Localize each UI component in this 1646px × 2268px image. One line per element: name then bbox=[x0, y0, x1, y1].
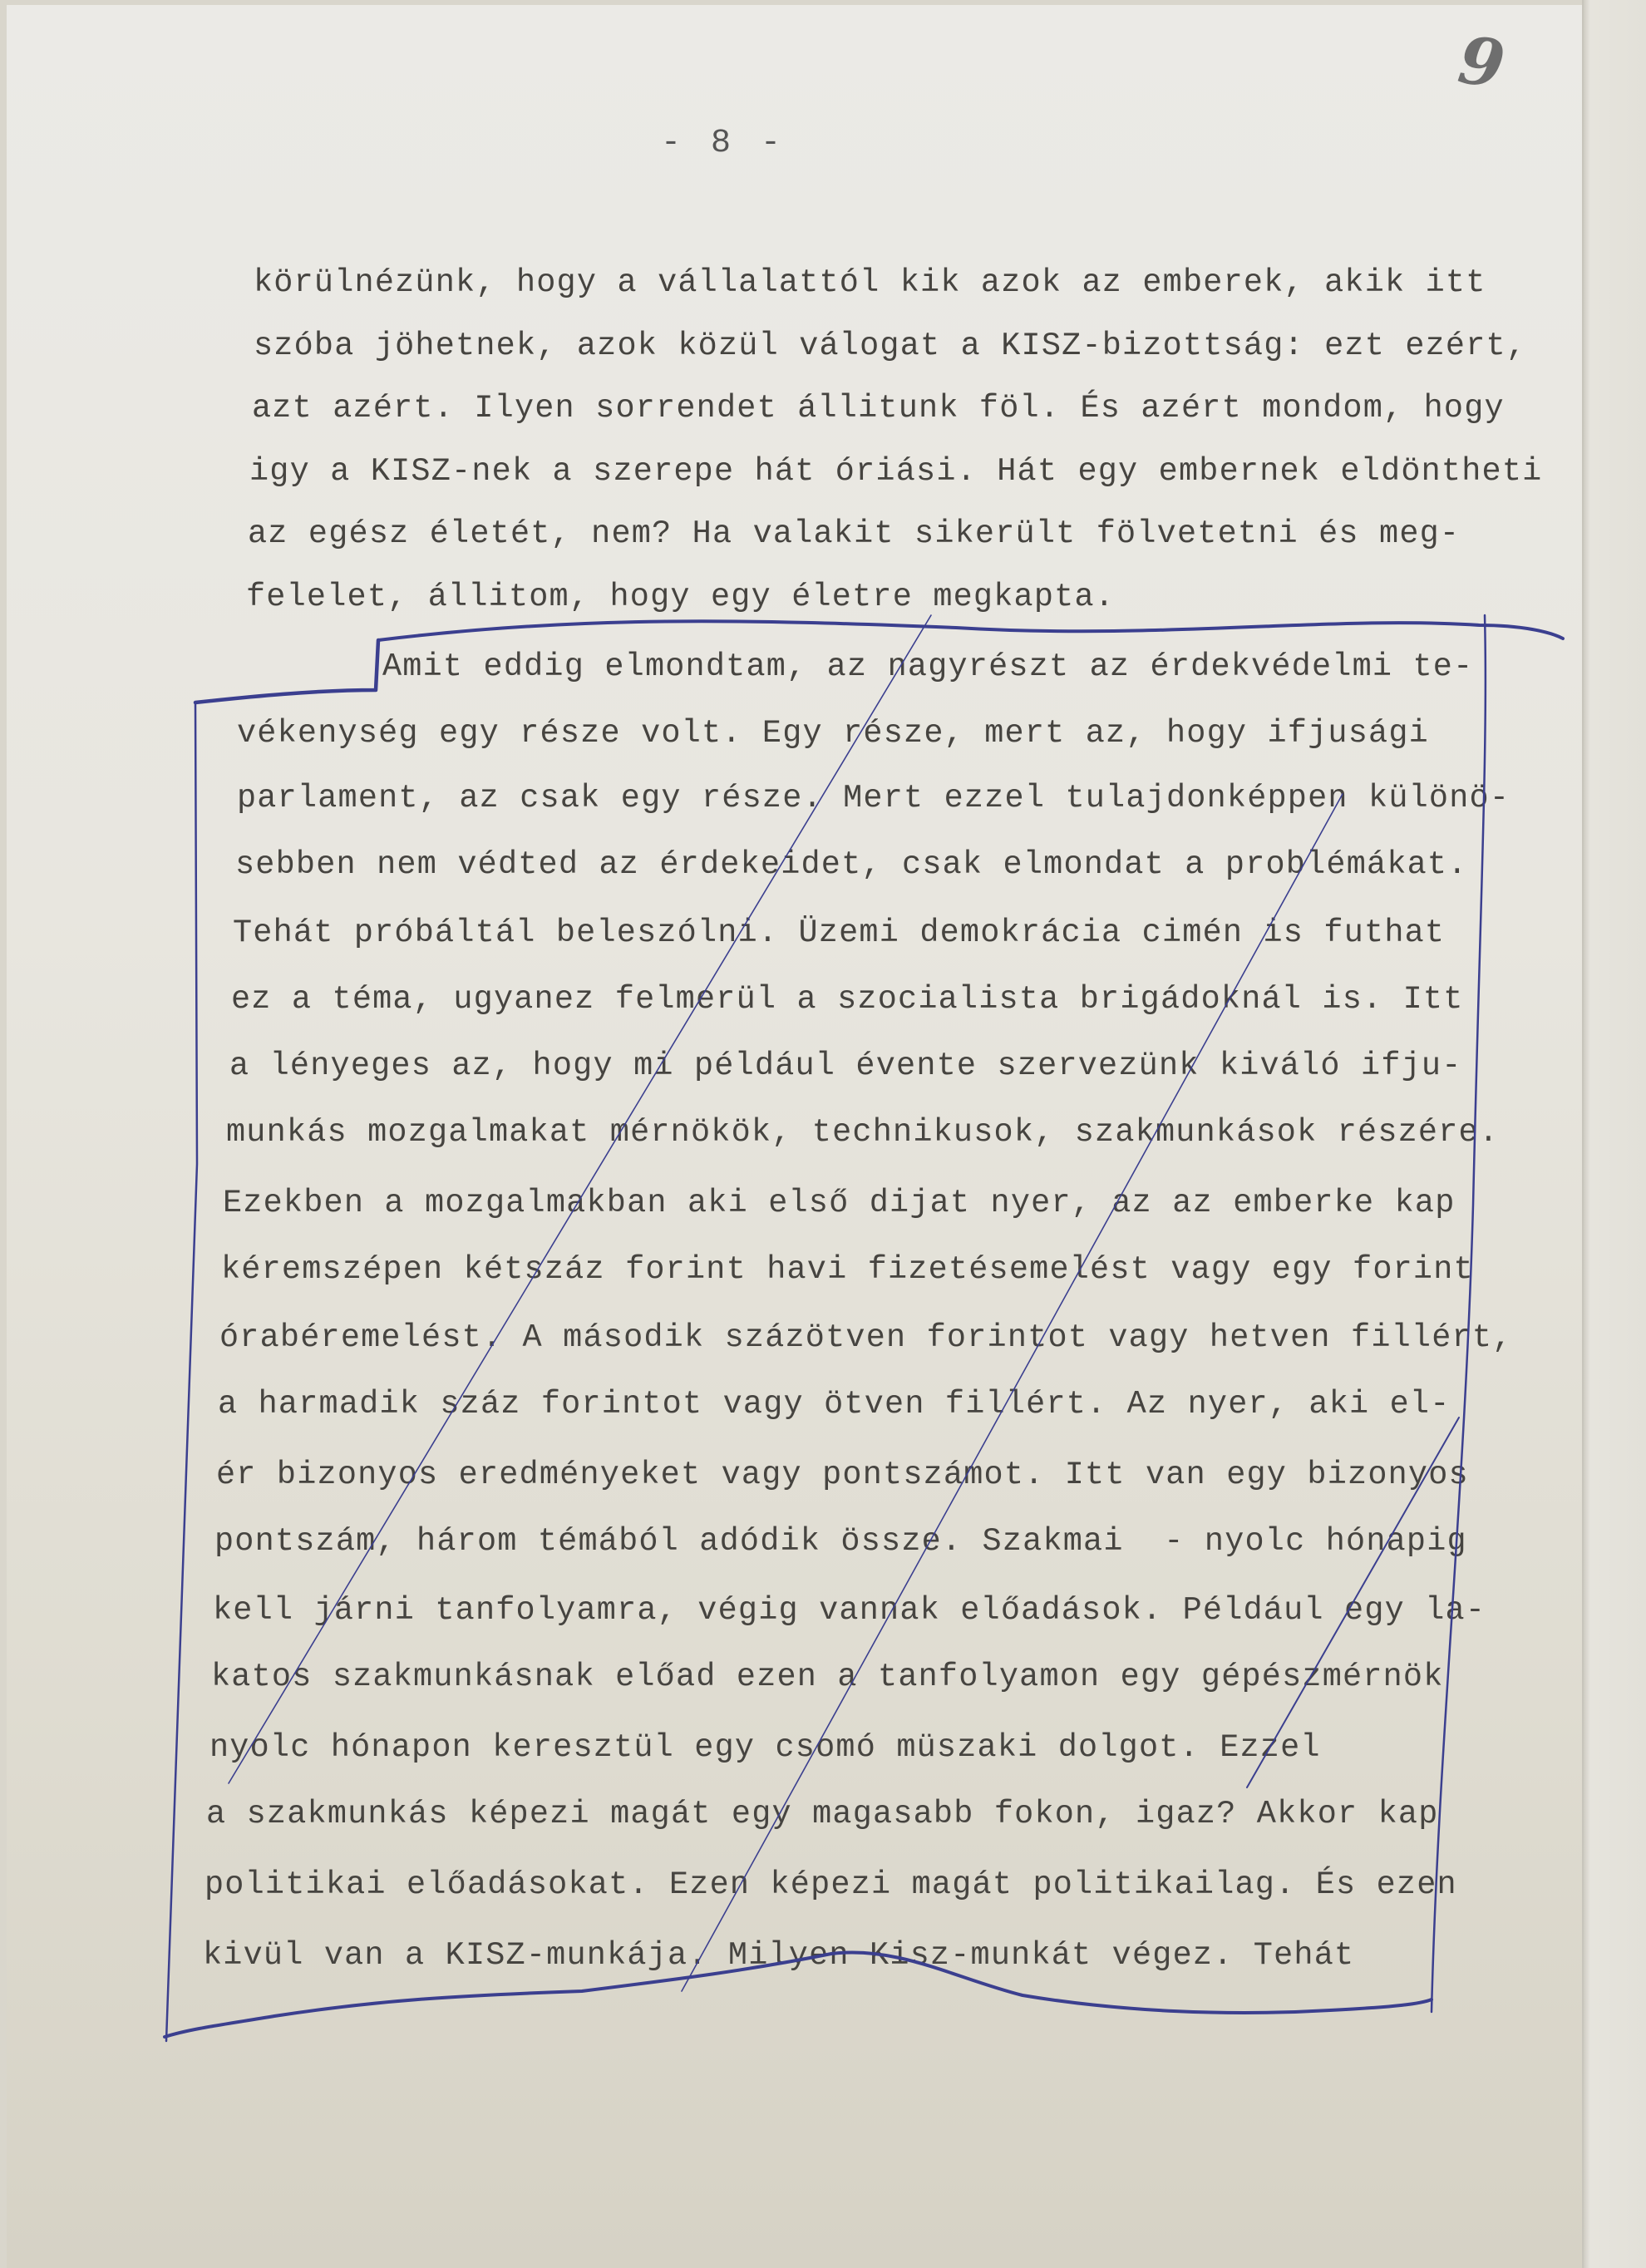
text-line: szóba jöhetnek, azok közül válogat a KIS… bbox=[254, 328, 1526, 364]
text-line: a szakmunkás képezi magát egy magasabb f… bbox=[206, 1796, 1439, 1832]
text-line: kéremszépen kétszáz forint havi fizetése… bbox=[221, 1251, 1474, 1288]
text-line: ér bizonyos eredményeket vagy pontszámot… bbox=[216, 1457, 1469, 1493]
text-line: felelet, állitom, hogy egy életre megkap… bbox=[246, 579, 1115, 615]
text-line: parlament, az csak egy része. Mert ezzel… bbox=[237, 780, 1510, 816]
text-line: katos szakmunkásnak előad ezen a tanfoly… bbox=[211, 1659, 1444, 1695]
text-line: körülnézünk, hogy a vállalattól kik azok… bbox=[254, 264, 1486, 301]
text-line: órabéremelést. A második százötven forin… bbox=[219, 1319, 1512, 1356]
text-line: az egész életét, nem? Ha valakit sikerül… bbox=[248, 515, 1460, 552]
text-line: vékenység egy része volt. Egy része, mer… bbox=[237, 715, 1429, 752]
text-line: a lényeges az, hogy mi például évente sz… bbox=[229, 1048, 1462, 1084]
text-line: azt azért. Ilyen sorrendet állitunk föl.… bbox=[252, 390, 1505, 426]
text-line: Ezekben a mozgalmakban aki első dijat ny… bbox=[223, 1185, 1456, 1221]
text-line: kell járni tanfolyamra, végig vannak elő… bbox=[213, 1592, 1486, 1629]
text-line: a harmadik száz forintot vagy ötven fill… bbox=[218, 1386, 1451, 1422]
text-line: Amit eddig elmondtam, az nagyrészt az ér… bbox=[382, 648, 1473, 685]
text-line: Tehát próbáltál beleszólni. Üzemi demokr… bbox=[233, 915, 1445, 951]
text-line: politikai előadásokat. Ezen képezi magát… bbox=[205, 1866, 1457, 1903]
next-page-edge bbox=[1582, 0, 1646, 2268]
page-number: - 8 - bbox=[661, 125, 786, 162]
text-line: munkás mozgalmakat mérnökök, technikusok… bbox=[226, 1114, 1499, 1151]
text-line: sebben nem védted az érdekeidet, csak el… bbox=[235, 846, 1468, 883]
text-line: pontszám, három témából adódik össze. Sz… bbox=[214, 1523, 1467, 1560]
text-line: nyolc hónapon keresztül egy csomó müszak… bbox=[209, 1729, 1321, 1766]
text-line: igy a KISZ-nek a szerepe hát óriási. Hát… bbox=[249, 453, 1542, 490]
text-line: kivül van a KISZ-munkája. Milyen Kisz-mu… bbox=[203, 1937, 1354, 1974]
text-line: ez a téma, ugyanez felmerül a szocialist… bbox=[231, 981, 1464, 1018]
